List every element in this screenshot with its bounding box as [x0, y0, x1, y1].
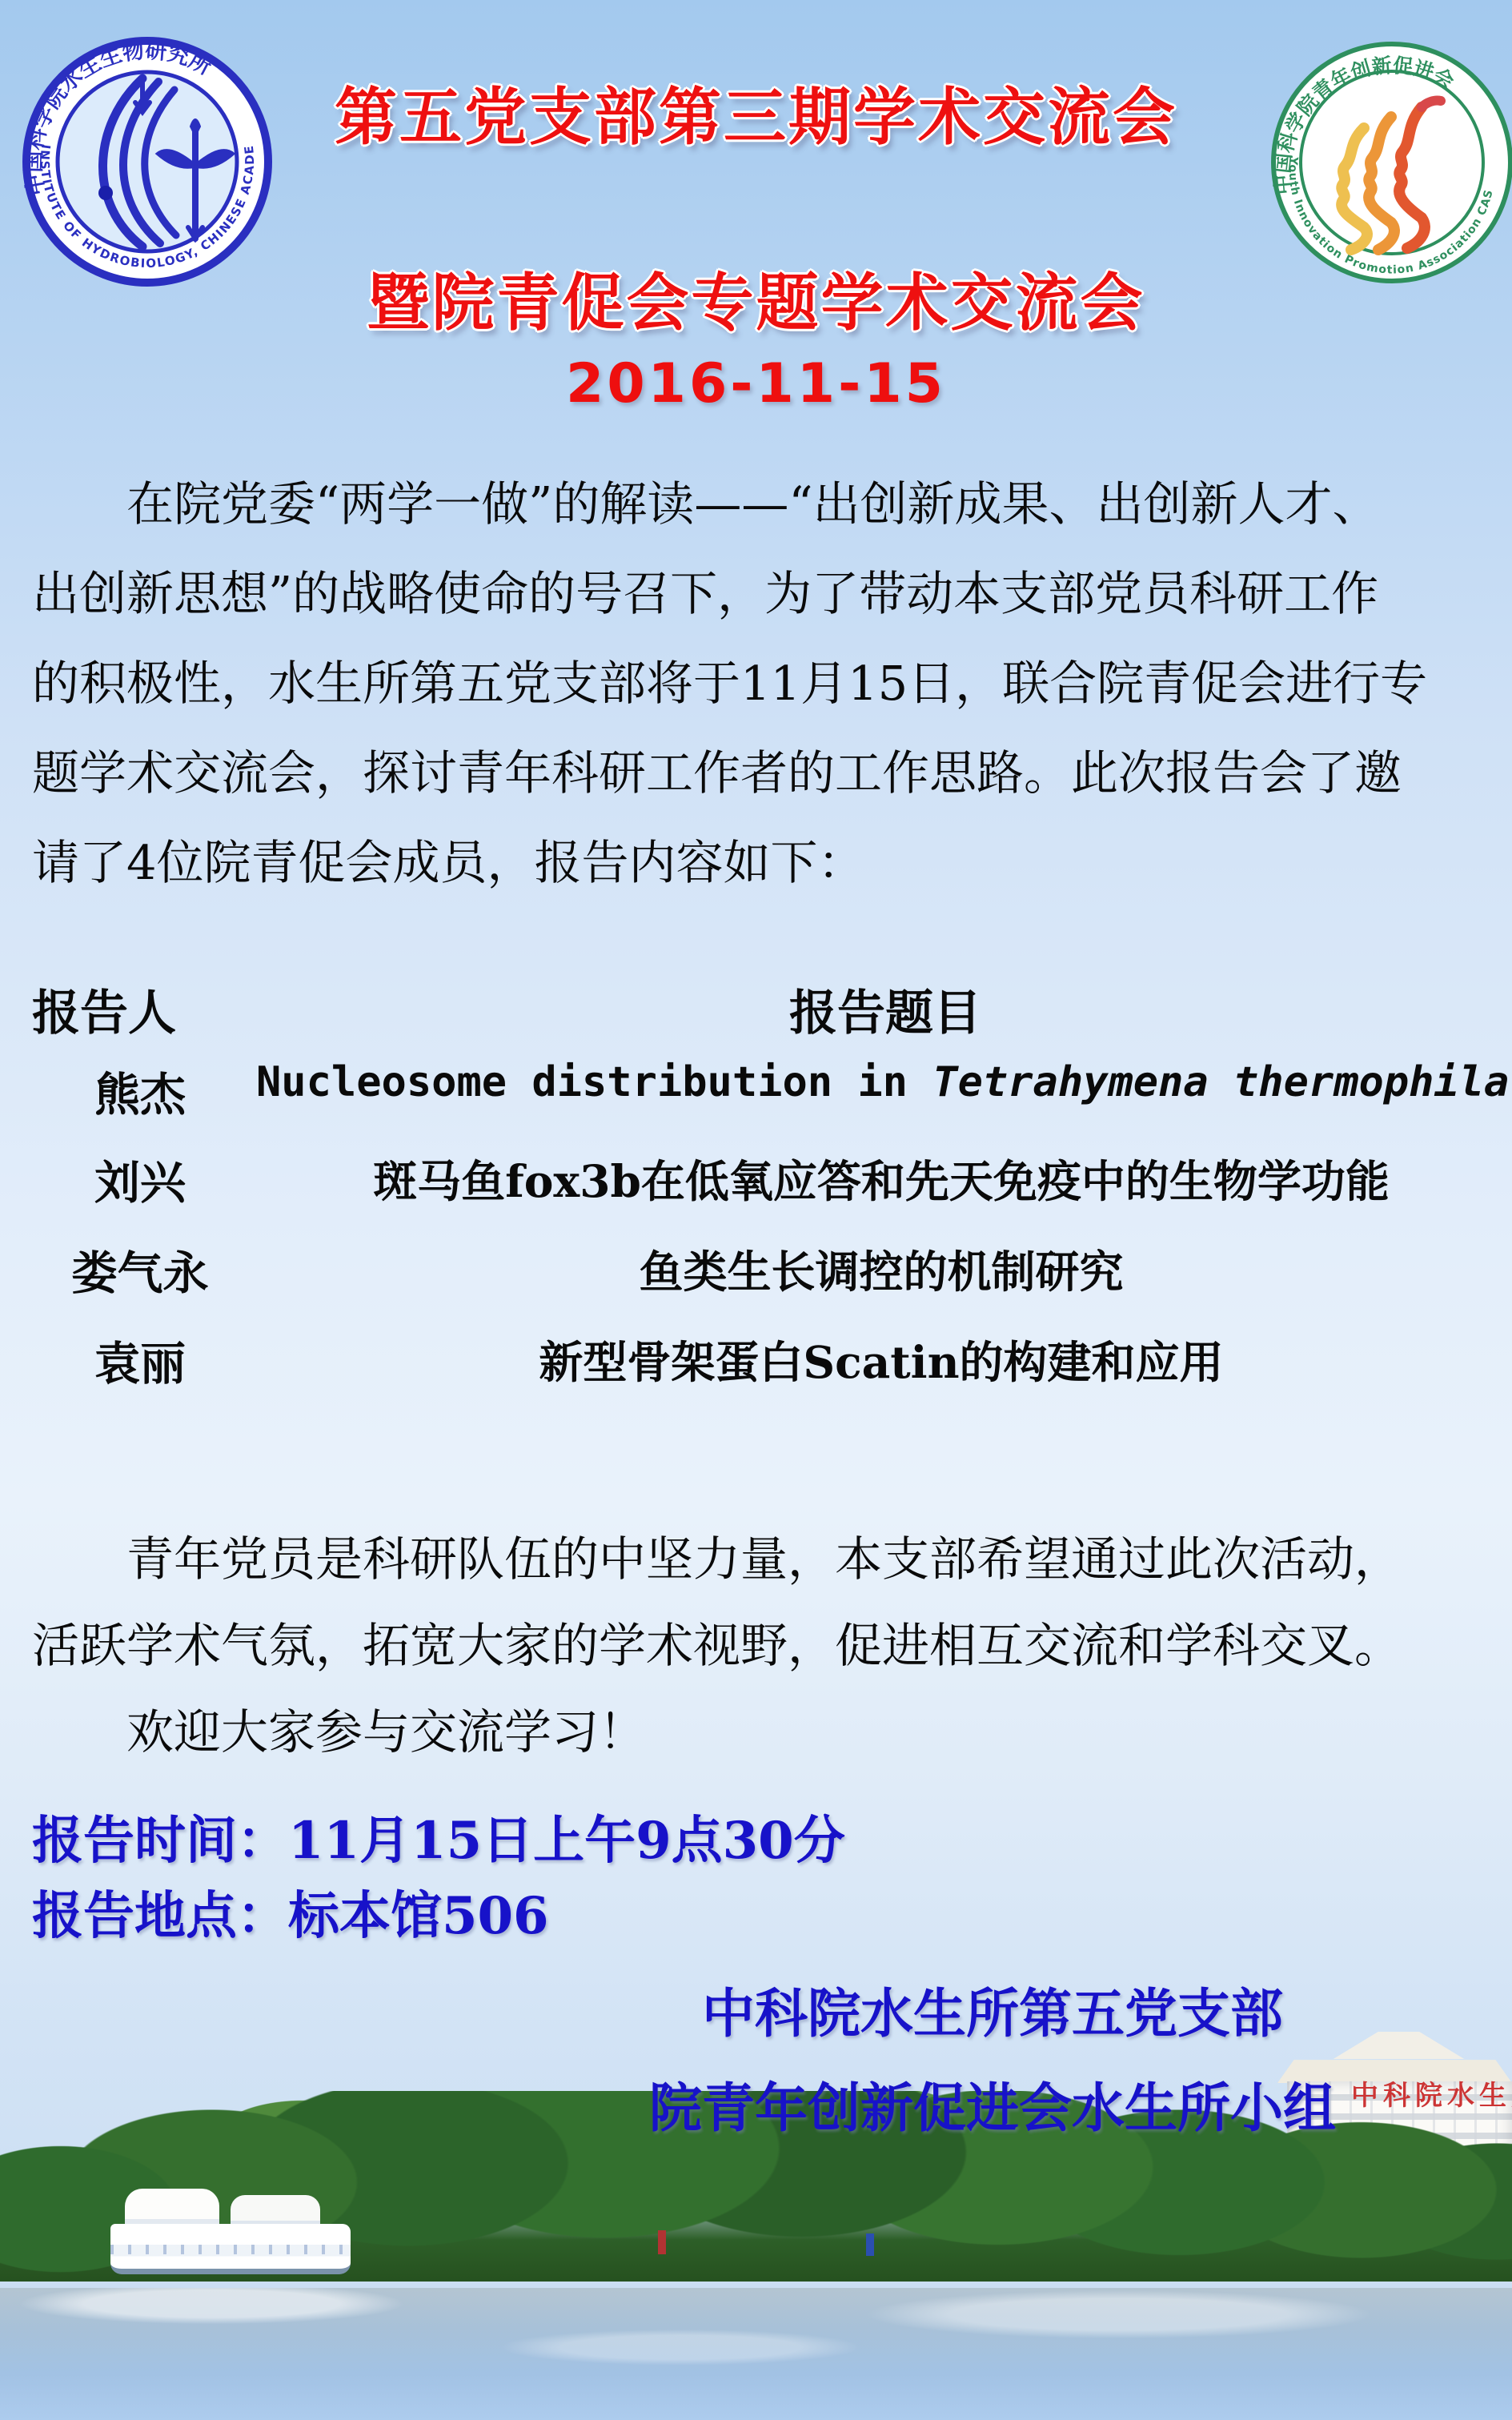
talk-title: 新型骨架蛋白Scatin的构建和应用	[256, 1327, 1506, 1393]
intro-line: 在院党委“两学一做”的解读——“出创新成果、出创新人才、	[32, 472, 1512, 536]
lake-water	[0, 2288, 1512, 2420]
speaker-name: 刘兴	[24, 1146, 256, 1212]
talk-title: 鱼类生长调控的机制研究	[256, 1237, 1506, 1302]
talk-title-text: Nucleosome distribution in	[256, 1058, 932, 1106]
table-row: 娄气永 鱼类生长调控的机制研究	[24, 1237, 1506, 1302]
poster: 中国科学院水生生物研究所 INSTITUTE OF HYDROBIOLOGY, …	[0, 0, 1512, 2420]
talk-title-species: Tetrahymena thermophila	[932, 1058, 1509, 1106]
event-date: 2016-11-15	[0, 352, 1512, 415]
speaker-name: 熊杰	[24, 1058, 256, 1124]
boat-hull	[110, 2224, 351, 2274]
signature-line2: 院青年创新促进会水生所小组	[496, 2065, 1489, 2141]
intro-line: 的积极性，水生所第五党支部将于11月15日，联合院青促会进行专	[32, 652, 1482, 716]
closing-line: 欢迎大家参与交流学习！	[32, 1700, 1512, 1764]
topic-column-header: 报告题目	[264, 975, 1506, 1044]
speaker-name: 娄气永	[24, 1237, 256, 1302]
signature-line1: 中科院水生所第五党支部	[496, 1971, 1489, 2047]
table-header-row: 报告人 报告题目	[24, 975, 1506, 1044]
boat-cabin	[125, 2189, 219, 2225]
report-location: 报告地点：标本馆506	[32, 1875, 1233, 1948]
poster-title-line2: 暨院青促会专题学术交流会	[0, 253, 1512, 343]
poster-title-line1: 第五党支部第三期学术交流会	[0, 67, 1512, 157]
talk-title: 斑马鱼fox3b在低氧应答和先天免疫中的生物学功能	[256, 1146, 1506, 1212]
flag-marker	[866, 2233, 874, 2256]
report-time: 报告时间：11月15日上午9点30分	[32, 1800, 1233, 1873]
talk-title: Nucleosome distribution in Tetrahymena t…	[256, 1058, 1509, 1124]
boat	[110, 2182, 351, 2291]
table-row: 刘兴 斑马鱼fox3b在低氧应答和先天免疫中的生物学功能	[24, 1146, 1506, 1212]
boat-cabin	[231, 2195, 320, 2225]
flag-marker	[658, 2230, 666, 2254]
closing-line: 活跃学术气氛，拓宽大家的学术视野，促进相互交流和学科交叉。	[32, 1614, 1482, 1678]
table-row: 袁丽 新型骨架蛋白Scatin的构建和应用	[24, 1327, 1506, 1393]
speaker-name: 袁丽	[24, 1327, 256, 1393]
intro-line: 请了4位院青促会成员，报告内容如下：	[32, 831, 1482, 895]
intro-line: 出创新思想”的战略使命的号召下，为了带动本支部党员科研工作	[32, 562, 1482, 626]
table-row: 熊杰 Nucleosome distribution in Tetrahymen…	[24, 1058, 1506, 1124]
closing-line: 青年党员是科研队伍的中坚力量，本支部希望通过此次活动，	[32, 1527, 1512, 1591]
intro-line: 题学术交流会，探讨青年科研工作者的工作思路。此次报告会了邀	[32, 741, 1482, 805]
speaker-column-header: 报告人	[24, 975, 264, 1044]
